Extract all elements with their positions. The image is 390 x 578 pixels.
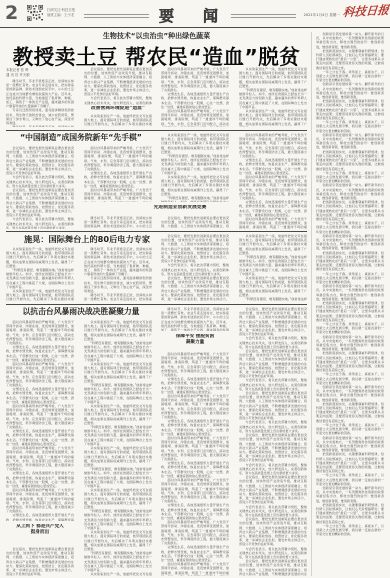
story3-headline: 施晃：国际舞台上的80后电力专家 (6, 234, 168, 245)
separator-rule (6, 231, 307, 232)
date-line: 2021年1月4日 星期一 (294, 13, 340, 18)
main-byline: 本报记者 张 晔 通 讯 员 许天颖 (6, 68, 74, 78)
article-text-column: 面对台风暴雨带来的严峻考验，广大党员干部闻令而动、冲锋在前，连夜转移受困群众，加… (84, 146, 152, 202)
masthead-logo: 科技日报 (342, 2, 389, 21)
story4-left-subhead: 从上到下 都是共产党人 挺身而出 (6, 524, 74, 537)
article-text-column: 会议指出，要把发展先进制造业摆在更加突出的位置，加快传统产业改造升级，推动互联网… (84, 67, 152, 105)
section-header: 要 闻 (84, 5, 296, 26)
story4-headline: 以抗击台风暴雨决战决胜凝聚力量 (6, 307, 156, 318)
separator-rule (6, 304, 307, 305)
separator-rule (6, 130, 307, 131)
column-divider (311, 32, 312, 576)
article-text-column: 会议指出，要把发展先进制造业摆在更加突出的位置，加快传统产业改造升级，推动互联网… (6, 146, 74, 229)
page-number: 2 (5, 2, 18, 24)
deco-line-left (84, 14, 149, 18)
story4-left-subhead-line2: 挺身而出 (6, 530, 74, 536)
article-text-column: 从实验室到生产一线，他始终把论文写在祖国大地上。面对国际同行的质疑，他带领团队夜… (84, 320, 152, 576)
article-text-column: 面对台风暴雨带来的严峻考验，广大党员干部闻令而动、冲锋在前，连夜转移受困群众，加… (161, 352, 229, 576)
main-story-subhead: 改善营商环境促进“造血” (84, 106, 152, 113)
article-text-column: 从实验室到生产一线，他始终把论文写在祖国大地上。面对国际同行的质疑，他带领团队夜… (239, 67, 307, 127)
article-text-column: 会议指出，要把发展先进制造业摆在更加突出的位置，加快传统产业改造升级，推动互联网… (6, 547, 74, 576)
article-text-column: 隆冬时节，苏北平原寒意正浓，田间地头却是一派繁忙景象。农业专家走进村庄，把实验室… (84, 216, 152, 229)
article-text-column: 从实验室到生产一线，他始终把论文写在祖国大地上。面对国际同行的质疑，他带领团队夜… (161, 133, 229, 202)
header-rule (0, 27, 390, 28)
article-text-column: 会议指出，要把发展先进制造业摆在更加突出的位置，加快传统产业改造升级，推动互联网… (239, 307, 307, 576)
article-text-column: 隆冬时节，苏北平原寒意正浓，田间地头却是一派繁忙景象。农业专家走进村庄，把实验室… (84, 247, 152, 301)
section-title: 要 闻 (155, 5, 225, 26)
article-text-column: 从实验室到生产一线，他始终把论文写在祖国大地上。面对国际同行的质疑，他带领团队夜… (6, 247, 74, 301)
story4-mid-subhead-line2: 凝聚力量 (161, 340, 229, 346)
article-text-column: 隆冬时节，苏北平原寒意正浓，田间地头却是一派繁忙景象。农业专家走进村庄，把实验室… (6, 79, 74, 127)
qr-code-icon (27, 5, 43, 21)
story4-mid-subhead: 保障平安 摆脱贫困 凝聚力量 (161, 334, 229, 347)
article-text-column: 从实验室到生产一线，他始终把论文写在祖国大地上。面对国际同行的质疑，他带领团队夜… (239, 234, 307, 301)
article-text-column: 从实验室到生产一线，他始终把论文写在祖国大地上。面对国际同行的质疑，他带领团队夜… (84, 114, 152, 127)
article-text-column: 面对台风暴雨带来的严峻考验，广大党员干部闻令而动、冲锋在前，连夜转移受困群众，加… (239, 133, 307, 229)
main-headline: 教授卖土豆 帮农民“造血”脱贫 (6, 40, 307, 70)
article-text-column: 面对台风暴雨带来的严峻考验，广大党员干部闻令而动、冲锋在前，连夜转移受困群众，加… (6, 320, 74, 521)
main-byline-line2: 通 讯 员 许天颖 (6, 73, 74, 78)
deco-line-right (231, 14, 296, 18)
article-text-column: 会议指出，要把发展先进制造业摆在更加突出的位置，加快传统产业改造升级，推动互联网… (161, 216, 229, 229)
article-text-column: 会议指出，要把发展先进制造业摆在更加突出的位置，加快传统产业改造升级，推动互联网… (161, 234, 229, 301)
article-text-column: 隆冬时节，苏北平原寒意正浓，田间地头却是一派繁忙景象。农业专家走进村庄，把实验室… (161, 307, 229, 331)
story2-subhead: 先进制造业创新发展竞赛 (120, 205, 240, 212)
article-text-column: 面对台风暴雨带来的严峻考验，广大党员干部闻令而动、冲锋在前，连夜转移受困群众，加… (161, 67, 229, 127)
story2-headline: “中国制造”成国务院新年“先手棋” (6, 133, 156, 144)
sidebar-article-column: 创新是引领发展的第一动力。翻开新年的日历，从中央到地方，一系列聚焦科技创新的政策… (316, 32, 384, 576)
